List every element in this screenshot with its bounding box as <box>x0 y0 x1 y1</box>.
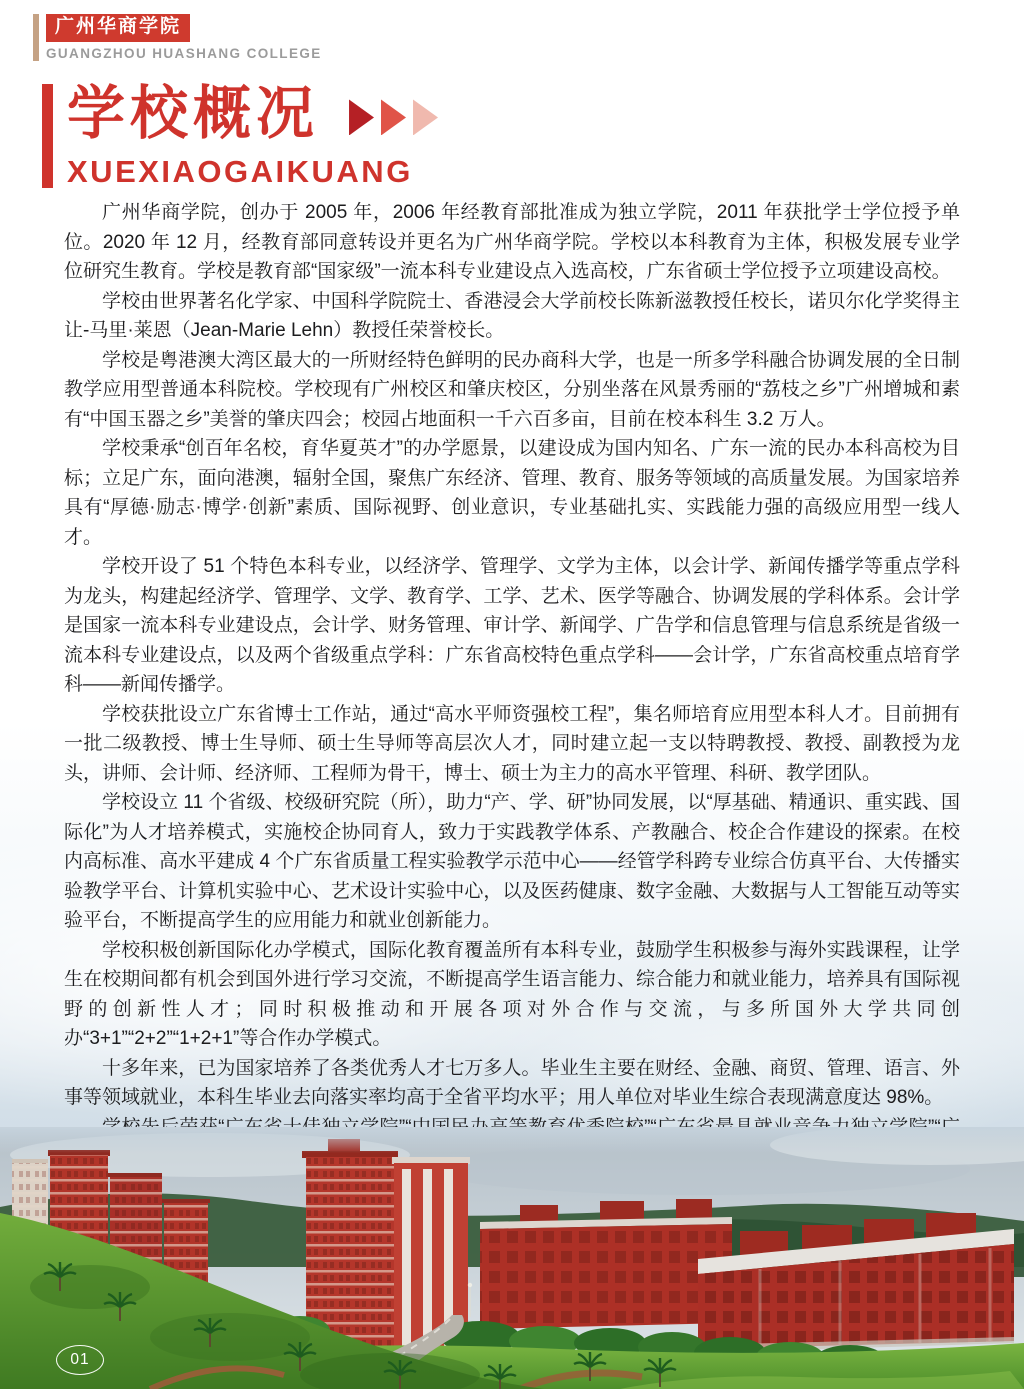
section-title-block: 学校概况 XUEXIAOGAIKUANG <box>42 84 438 190</box>
body-paragraph: 学校秉承“创百年名校，育华夏英才”的办学愿景，以建设成为国内知名、广东一流的民办… <box>64 434 960 552</box>
title-accent-bar <box>42 84 53 188</box>
body-paragraph: 学校积极创新国际化办学模式，国际化教育覆盖所有本科专业，鼓励学生积极参与海外实践… <box>64 936 960 1054</box>
college-name-english: GUANGZHOU HUASHANG COLLEGE <box>46 46 322 61</box>
brand-accent-bar <box>33 14 39 61</box>
body-paragraph: 广州华商学院，创办于 2005 年，2006 年经教育部批准成为独立学院，201… <box>64 198 960 287</box>
play-arrow-icon <box>349 99 374 135</box>
title-arrows <box>349 99 438 135</box>
college-name-badge: 广州华商学院 <box>46 14 190 42</box>
body-paragraph: 学校由世界著名化学家、中国科学院院士、香港浸会大学前校长陈新滋教授任校长，诺贝尔… <box>64 287 960 346</box>
page-title: 学校概况 <box>67 84 319 145</box>
campus-photo: 01 <box>0 1127 1024 1389</box>
play-arrow-icon <box>381 99 406 135</box>
brand-header: 广州华商学院 GUANGZHOU HUASHANG COLLEGE <box>33 14 322 61</box>
page-title-romanized: XUEXIAOGAIKUANG <box>67 154 438 190</box>
brochure-page: 广州华商学院 GUANGZHOU HUASHANG COLLEGE 学校概况 X… <box>0 0 1024 1389</box>
body-paragraph: 学校获批设立广东省博士工作站，通过“高水平师资强校工程”，集名师培育应用型本科人… <box>64 700 960 789</box>
campus-photo-graphic <box>0 1127 1024 1389</box>
brand-text-block: 广州华商学院 GUANGZHOU HUASHANG COLLEGE <box>46 14 322 61</box>
play-arrow-icon <box>413 99 438 135</box>
photo-top-fade <box>0 1127 1024 1153</box>
body-paragraph: 十多年来，已为国家培养了各类优秀人才七万多人。毕业生主要在财经、金融、商贸、管理… <box>64 1054 960 1113</box>
article-body: 广州华商学院，创办于 2005 年，2006 年经教育部批准成为独立学院，201… <box>64 198 960 1172</box>
page-number-badge: 01 <box>56 1345 104 1375</box>
body-paragraph: 学校是粤港澳大湾区最大的一所财经特色鲜明的民办商科大学，也是一所多学科融合协调发… <box>64 346 960 435</box>
body-paragraph: 学校设立 11 个省级、校级研究院（所），助力“产、学、研”协同发展，以“厚基础… <box>64 788 960 936</box>
body-paragraph: 学校开设了 51 个特色本科专业，以经济学、管理学、文学为主体，以会计学、新闻传… <box>64 552 960 700</box>
